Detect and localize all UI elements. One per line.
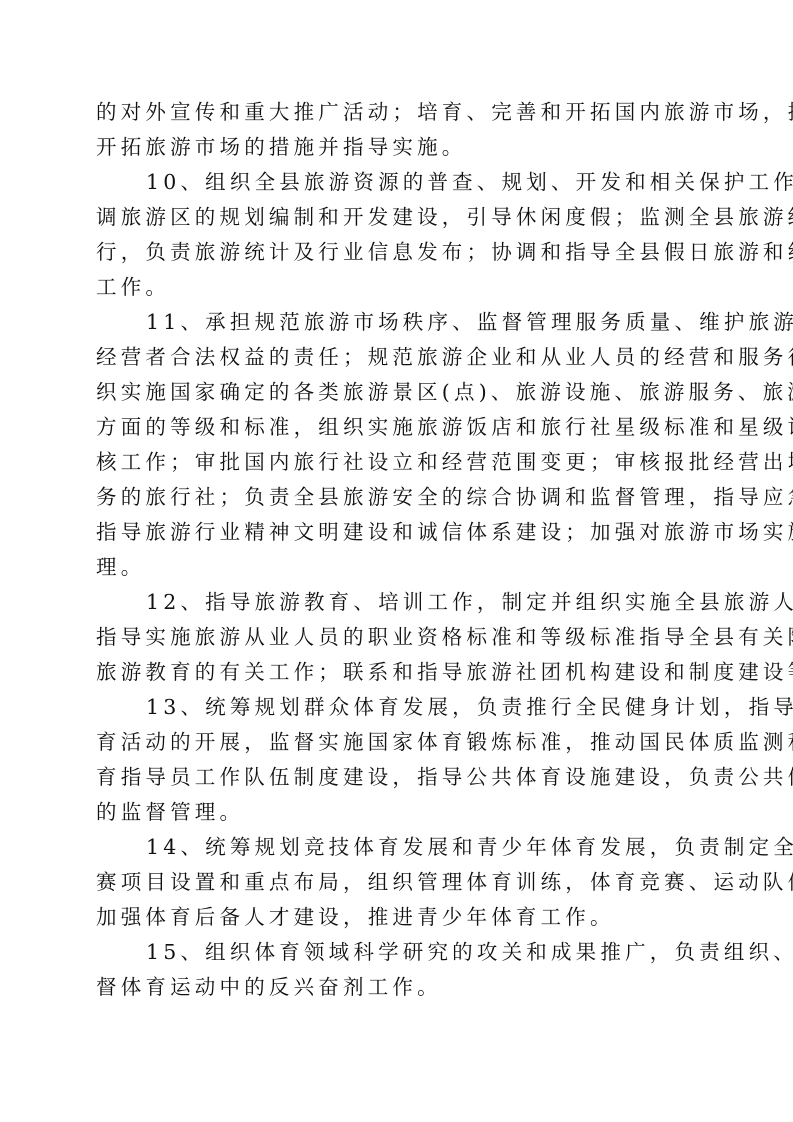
text-line: 14、统筹规划竞技体育发展和青少年体育发展，负责制定全县体育竞 [96,833,700,868]
text-line: 督体育运动中的反兴奋剂工作。 [96,973,700,1008]
paragraph-item-11: 11、承担规范旅游市场秩序、监督管理服务质量、维护旅游消费者和 经营者合法权益的… [96,308,700,588]
text-line: 经营者合法权益的责任；规范旅游企业和从业人员的经营和服务行为；组 [96,343,700,378]
document-page: 的对外宣传和重大推广活动；培育、完善和开拓国内旅游市场，拟订我基 开拓旅游市场的… [96,98,700,1008]
text-line: 务的旅行社；负责全县旅游安全的综合协调和监督管理，指导应急救援： [96,483,700,518]
text-line: 育指导员工作队伍制度建设，指导公共体育设施建设，负责公共体育设施 [96,763,700,798]
text-line: 11、承担规范旅游市场秩序、监督管理服务质量、维护旅游消费者和 [96,308,700,343]
text-line: 工作。 [96,273,700,308]
text-line: 指导实施旅游从业人员的职业资格标准和等级标准指导全县有关院校开展 [96,623,700,658]
text-line: 调旅游区的规划编制和开发建设，引导休闲度假；监测全县旅游经济运 [96,203,700,238]
text-line: 13、统筹规划群众体育发展，负责推行全民健身计划，指导群众性体 [96,693,700,728]
text-line: 的监督管理。 [96,798,700,833]
text-line: 赛项目设置和重点布局，组织管理体育训练，体育竞赛、运动队伍建设， [96,868,700,903]
text-line: 10、组织全县旅游资源的普查、规划、开发和相关保护工作。指导协 [96,168,700,203]
paragraph-item-13: 13、统筹规划群众体育发展，负责推行全民健身计划，指导群众性体 育活动的开展，监… [96,693,700,833]
paragraph-continuation: 的对外宣传和重大推广活动；培育、完善和开拓国内旅游市场，拟订我基 开拓旅游市场的… [96,98,700,168]
text-line: 加强体育后备人才建设，推进青少年体育工作。 [96,903,700,938]
text-line: 指导旅游行业精神文明建设和诚信体系建设；加强对旅游市场实施监督管 [96,518,700,553]
text-line: 旅游教育的有关工作；联系和指导旅游社团机构建设和制度建设等工作。 [96,658,700,693]
text-line: 行，负责旅游统计及行业信息发布；协调和指导全县假日旅游和红色旅游 [96,238,700,273]
text-line: 织实施国家确定的各类旅游景区(点)、旅游设施、旅游服务、旅游产品等 [96,378,700,413]
paragraph-item-12: 12、指导旅游教育、培训工作，制定并组织实施全县旅游人才规划， 指导实施旅游从业… [96,588,700,693]
paragraph-item-15: 15、组织体育领域科学研究的攻关和成果推广，负责组织、协调、监 督体育运动中的反… [96,938,700,1008]
text-line: 15、组织体育领域科学研究的攻关和成果推广，负责组织、协调、监 [96,938,700,973]
text-line: 12、指导旅游教育、培训工作，制定并组织实施全县旅游人才规划， [96,588,700,623]
text-line: 开拓旅游市场的措施并指导实施。 [96,133,700,168]
text-line: 的对外宣传和重大推广活动；培育、完善和开拓国内旅游市场，拟订我基 [96,98,700,133]
text-line: 方面的等级和标准，组织实施旅游饭店和旅行社星级标准和星级评定与复 [96,413,700,448]
paragraph-item-14: 14、统筹规划竞技体育发展和青少年体育发展，负责制定全县体育竞 赛项目设置和重点… [96,833,700,938]
paragraph-item-10: 10、组织全县旅游资源的普查、规划、开发和相关保护工作。指导协 调旅游区的规划编… [96,168,700,308]
text-line: 核工作；审批国内旅行社设立和经营范围变更；审核报批经营出境旅游业 [96,448,700,483]
text-line: 育活动的开展，监督实施国家体育锻炼标准，推动国民体质监测和社会体 [96,728,700,763]
text-line: 理。 [96,553,700,588]
